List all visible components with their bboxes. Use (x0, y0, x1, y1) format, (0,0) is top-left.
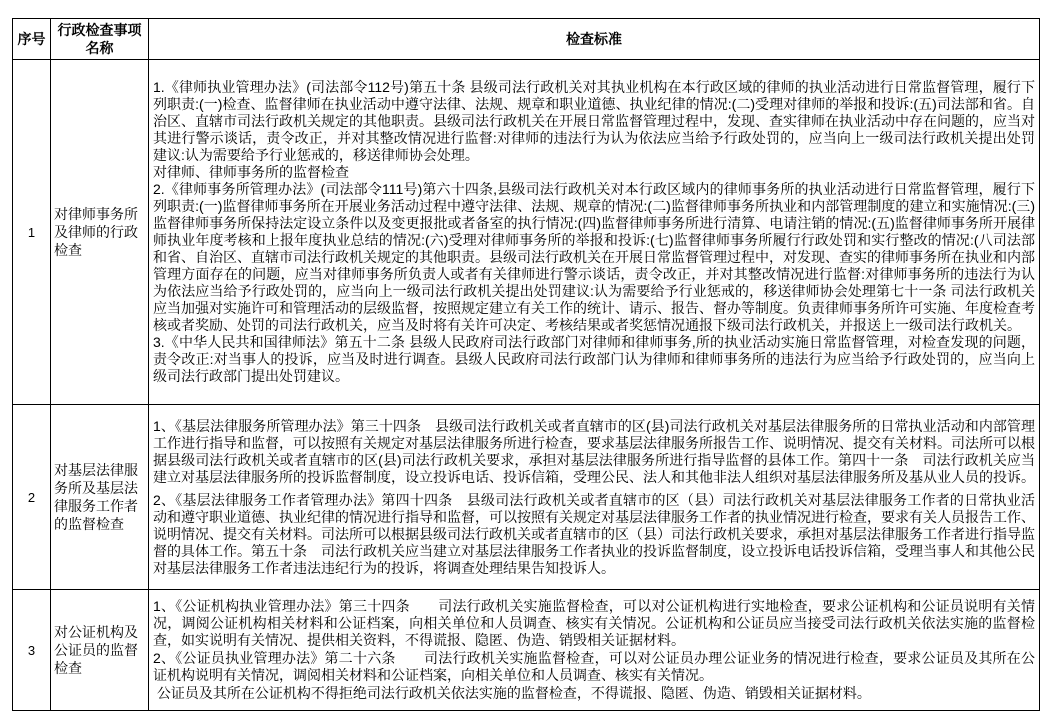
standard-paragraph: 3.《中华人民共和国律师法》第五十二条 县级人民政府司法行政部门对律师和律师事务… (153, 334, 1035, 385)
item-name-cell: 对律师事务所及律师的行政检查 (51, 60, 149, 405)
table-header-row: 序号 行政检查事项名称 检查标准 (13, 19, 1040, 60)
standard-cell: 1、《公证机构执业管理办法》第三十四条 司法行政机关实施监督检查，可以对公证机构… (149, 590, 1040, 711)
standard-paragraph: 1、《基层法律服务所管理办法》第三十四条 县级司法行政机关或者直辖市的区(县)司… (153, 418, 1035, 486)
seq-no-cell: 2 (13, 405, 51, 590)
seq-no-cell: 3 (13, 590, 51, 711)
header-seq-no: 序号 (13, 19, 51, 60)
standard-cell: 1、《基层法律服务所管理办法》第三十四条 县级司法行政机关或者直辖市的区(县)司… (149, 405, 1040, 590)
standard-cell: 1.《律师执业管理办法》(司法部令112号)第五十条 县级司法行政机关对其执业机… (149, 60, 1040, 405)
table-row: 1 对律师事务所及律师的行政检查 1.《律师执业管理办法》(司法部令112号)第… (13, 60, 1040, 405)
standard-paragraph: 公证员及其所在公证机构不得拒绝司法行政机关依法实施的监督检查，不得谎报、隐匿、伪… (153, 685, 1035, 702)
header-item-name: 行政检查事项名称 (51, 19, 149, 60)
seq-no-cell: 1 (13, 60, 51, 405)
item-name-cell: 对公证机构及公证员的监督检查 (51, 590, 149, 711)
standard-paragraph: 2、《公证员执业管理办法》第二十六条 司法行政机关实施监督检查，可以对公证员办理… (153, 650, 1035, 684)
table-row: 2 对基层法律服务所及基层法律服务工作者的监督检查 1、《基层法律服务所管理办法… (13, 405, 1040, 590)
standard-paragraph: 1.《律师执业管理办法》(司法部令112号)第五十条 县级司法行政机关对其执业机… (153, 79, 1035, 164)
standard-paragraph: 1、《公证机构执业管理办法》第三十四条 司法行政机关实施监督检查，可以对公证机构… (153, 598, 1035, 649)
standard-paragraph: 对律师、律师事务所的监督检查 (153, 164, 1035, 181)
document-page: 序号 行政检查事项名称 检查标准 1 对律师事务所及律师的行政检查 1.《律师执… (0, 0, 1050, 726)
item-name-cell: 对基层法律服务所及基层法律服务工作者的监督检查 (51, 405, 149, 590)
inspection-standards-table: 序号 行政检查事项名称 检查标准 1 对律师事务所及律师的行政检查 1.《律师执… (12, 18, 1040, 711)
standard-paragraph: 2.《律师事务所管理办法》(司法部令111号)第六十四条,县级司法行政机关对本行… (153, 181, 1035, 334)
standard-paragraph: 2、《基层法律服务工作者管理办法》第四十四条 县级司法行政机关或者直辖市的区（县… (153, 492, 1035, 577)
header-standard: 检查标准 (149, 19, 1040, 60)
table-row: 3 对公证机构及公证员的监督检查 1、《公证机构执业管理办法》第三十四条 司法行… (13, 590, 1040, 711)
